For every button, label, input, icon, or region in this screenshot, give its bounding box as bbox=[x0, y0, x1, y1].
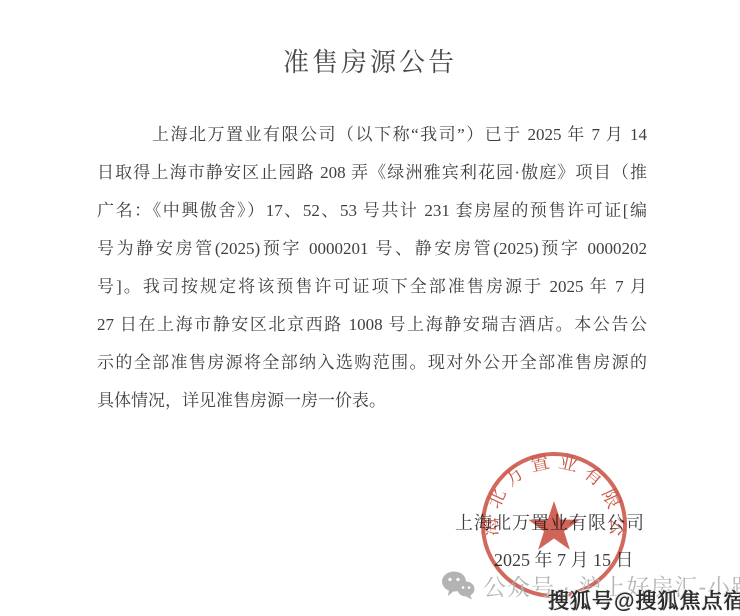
body-line: 示的全部准售房源将全部纳入选购范围。现对外公开全部准售房源的 bbox=[97, 344, 647, 382]
body-line: 广名：《中興傲舍》）17、52、53 号共计 231 套房屋的预售许可证[编 bbox=[97, 192, 647, 230]
document-title: 准售房源公告 bbox=[0, 42, 740, 79]
document-body: 上海北万置业有限公司（以下称“我司”）已于 2025 年 7 月 14 日取得上… bbox=[97, 116, 647, 420]
announcement-document: 准售房源公告 上海北万置业有限公司（以下称“我司”）已于 2025 年 7 月 … bbox=[0, 0, 740, 616]
sohu-watermark: 搜狐号@搜狐焦点宿州站 bbox=[548, 585, 740, 615]
body-line: 上海北万置业有限公司（以下称“我司”）已于 2025 年 7 月 14 bbox=[97, 116, 647, 154]
body-line: 具体情况，详见准售房源一房一价表。 bbox=[97, 382, 647, 420]
body-line: 号]。我司按规定将该预售许可证项下全部准售房源于 2025 年 7 月 bbox=[97, 268, 647, 306]
body-line: 日取得上海市静安区止园路 208 弄《绿洲雅宾利花园·傲庭》项目（推 bbox=[97, 154, 647, 192]
body-line: 27 日在上海市静安区北京西路 1008 号上海静安瑞吉酒店。本公告公 bbox=[97, 306, 647, 344]
body-line: 号为静安房管(2025)预字 0000201 号、静安房管(2025)预字 00… bbox=[97, 230, 647, 268]
wechat-icon bbox=[441, 570, 475, 600]
star-icon bbox=[528, 501, 579, 550]
